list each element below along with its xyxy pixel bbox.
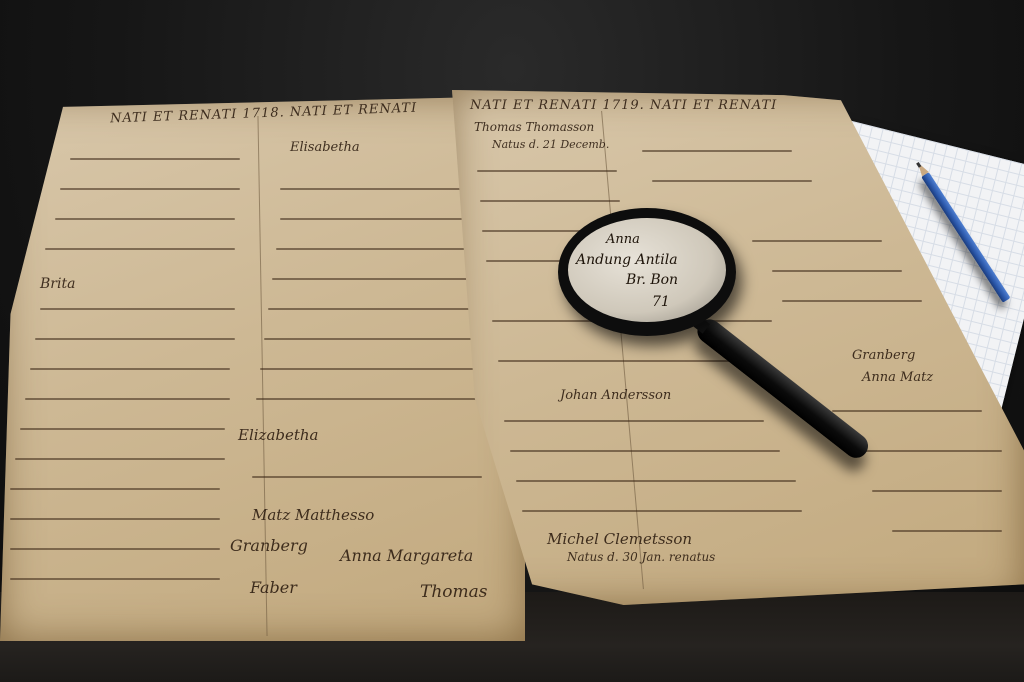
script-line: [872, 490, 1002, 492]
script-line: [60, 188, 240, 190]
entry: Anna Margareta: [340, 546, 473, 565]
script-line: [522, 510, 802, 512]
script-line: [652, 180, 812, 182]
script-line: [30, 368, 230, 370]
script-line: [260, 368, 480, 370]
script-line: [782, 300, 922, 302]
script-line: [772, 270, 902, 272]
magnified-text: Anna: [606, 232, 640, 247]
column-rule: [601, 111, 644, 589]
script-line: [55, 218, 235, 220]
script-line: [832, 410, 982, 412]
script-line: [70, 158, 240, 160]
script-line: [10, 548, 220, 550]
script-line: [752, 240, 882, 242]
ledger-left-page: NATI ET RENATI 1718. NATI ET RENATI Elis…: [0, 96, 525, 641]
script-line: [10, 518, 220, 520]
signature: Thomas: [420, 582, 488, 602]
script-line: [510, 450, 780, 452]
magnifying-glass-icon: Anna Andung Antila Br. Bon 71: [558, 208, 736, 336]
entry: Matz Matthesso: [252, 506, 374, 524]
entry: Faber: [250, 578, 297, 597]
script-line: [480, 200, 620, 202]
entry: Johan Andersson: [560, 388, 671, 403]
lens: Anna Andung Antila Br. Bon 71: [568, 218, 726, 322]
entry: Natus d. 21 Decemb.: [492, 138, 609, 151]
script-line: [504, 420, 764, 422]
script-line: [498, 360, 748, 362]
script-line: [272, 278, 477, 280]
script-line: [256, 398, 481, 400]
magnified-text: Br. Bon: [626, 272, 678, 288]
script-line: [252, 476, 482, 478]
script-line: [280, 218, 470, 220]
entry: Thomas Thomasson: [474, 120, 594, 134]
entry: Michel Clemetsson: [547, 530, 692, 548]
ledger-book: NATI ET RENATI 1718. NATI ET RENATI Elis…: [0, 88, 1024, 648]
left-page-header: NATI ET RENATI 1718. NATI ET RENATI: [110, 101, 418, 127]
entry: Brita: [40, 276, 75, 292]
script-line: [268, 308, 478, 310]
script-line: [276, 248, 476, 250]
script-line: [280, 188, 470, 190]
entry: Natus d. 30 Jan. renatus: [567, 550, 715, 564]
magnified-text: Andung Antila: [576, 252, 678, 268]
script-line: [10, 488, 220, 490]
entry: Elisabetha: [290, 140, 360, 155]
script-line: [264, 338, 479, 340]
script-line: [477, 170, 617, 172]
script-line: [35, 338, 235, 340]
script-line: [45, 248, 235, 250]
column-rule: [257, 116, 267, 636]
entry: Elizabetha: [238, 426, 319, 444]
script-line: [15, 458, 225, 460]
right-page-header: NATI ET RENATI 1719. NATI ET RENATI: [470, 98, 777, 113]
script-line: [10, 578, 220, 580]
magnified-text: 71: [652, 294, 670, 310]
script-line: [40, 308, 235, 310]
entry: Granberg: [230, 536, 308, 555]
script-line: [852, 450, 1002, 452]
entry: Anna Matz: [862, 370, 933, 385]
script-line: [25, 398, 230, 400]
entry: Granberg: [852, 348, 915, 363]
script-line: [20, 428, 225, 430]
script-line: [892, 530, 1002, 532]
script-line: [516, 480, 796, 482]
script-line: [642, 150, 792, 152]
